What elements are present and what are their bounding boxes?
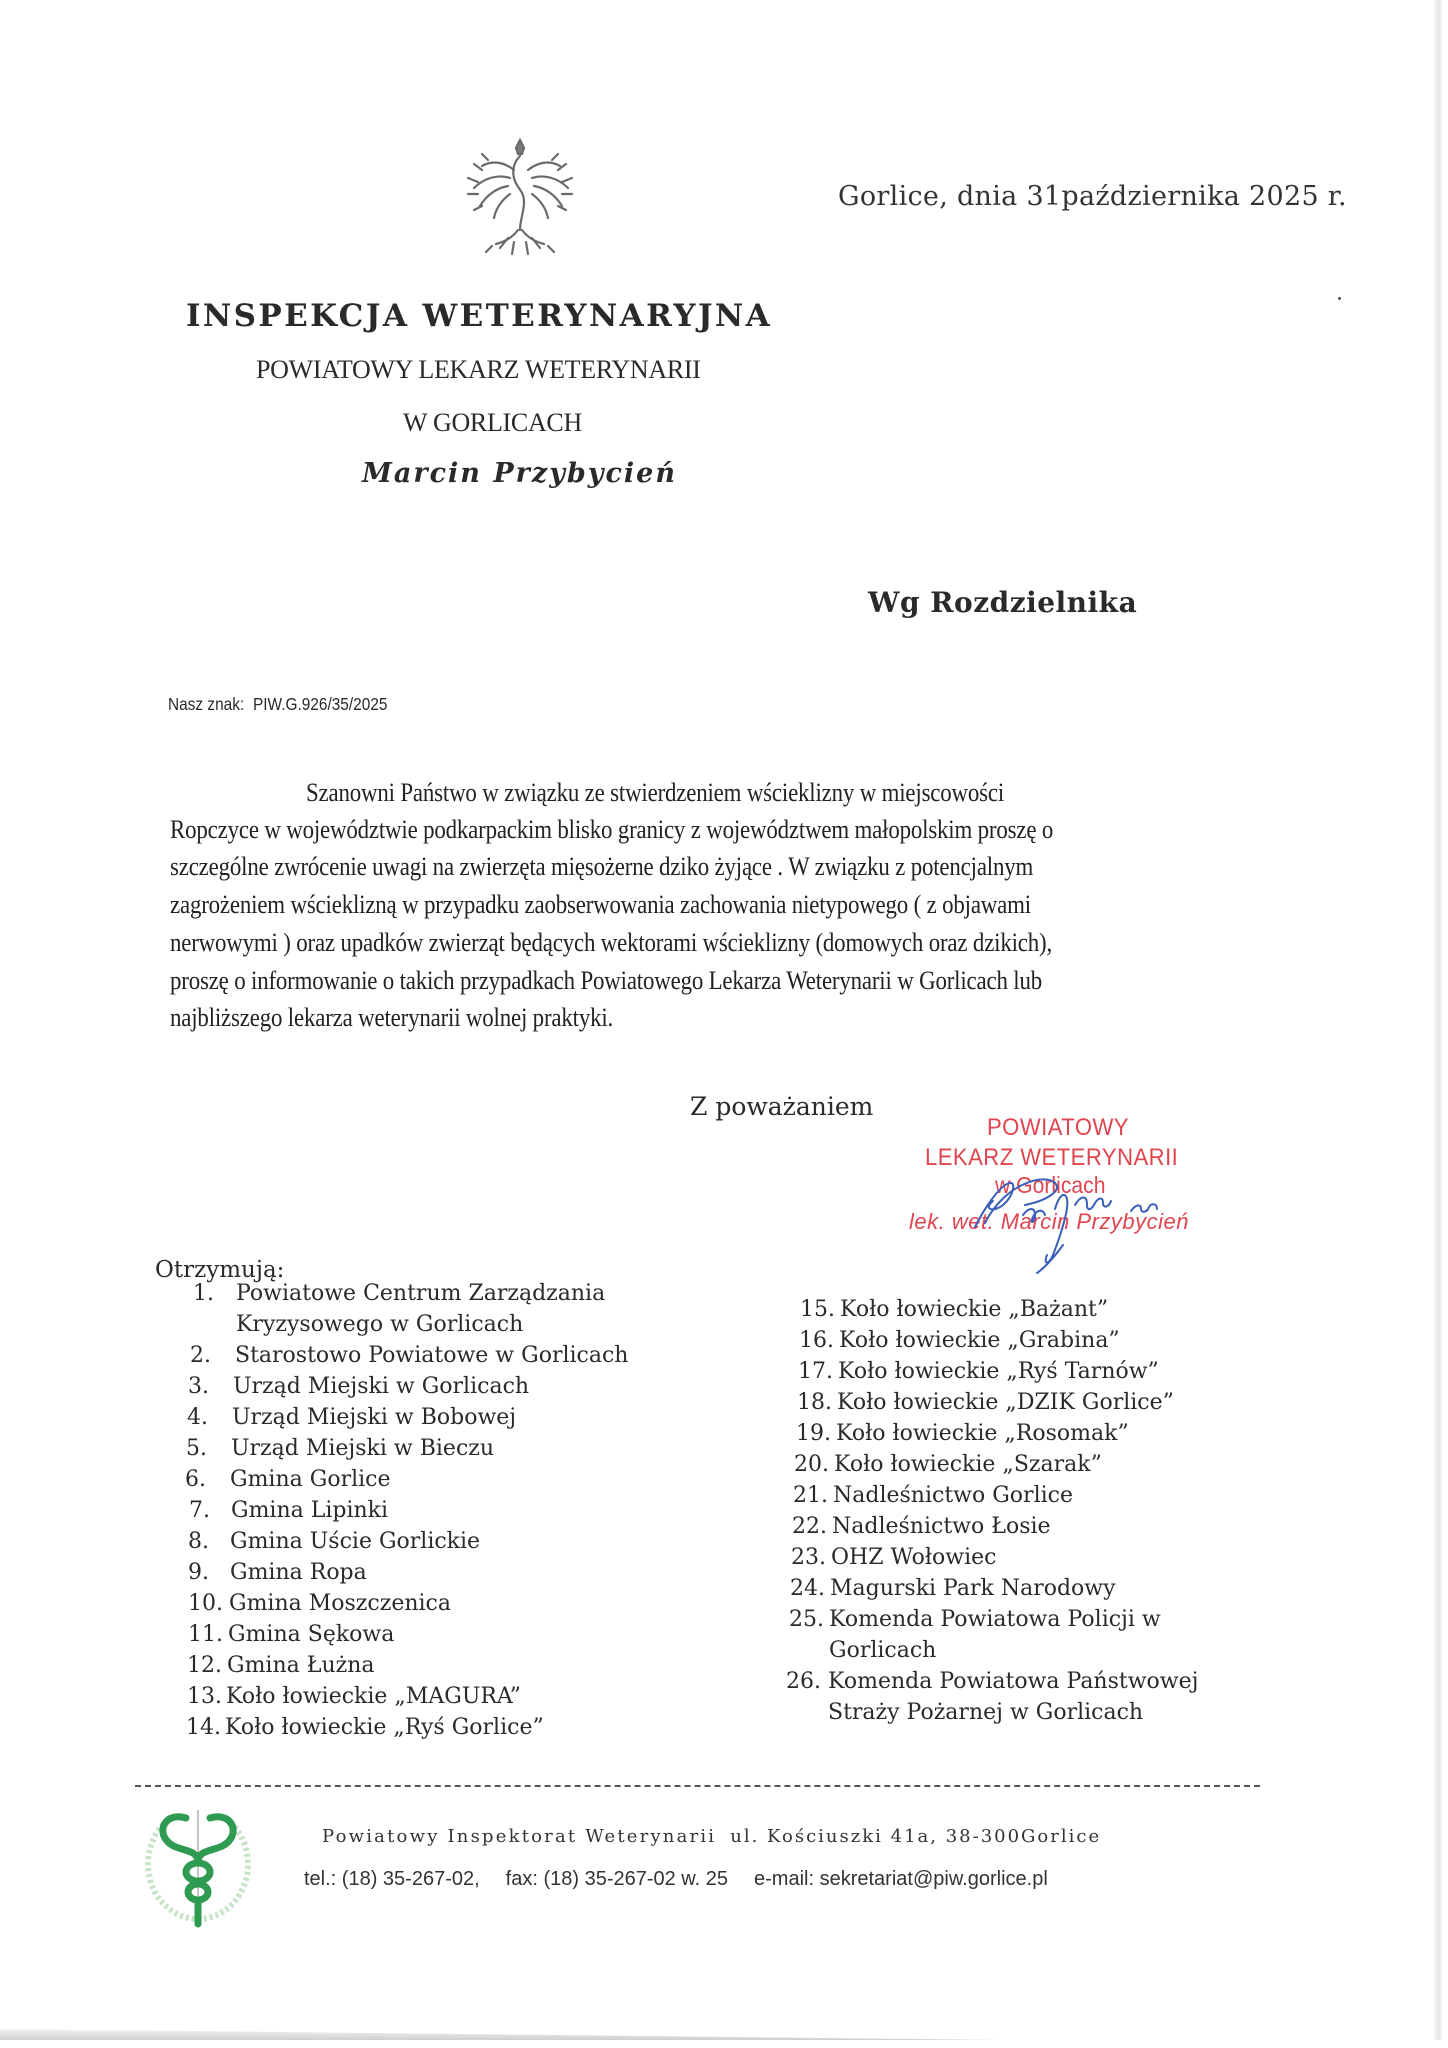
body-line: zagrożeniem wścieklizną w przypadku zaob… — [170, 890, 1031, 920]
scan-page-shadow — [0, 2026, 1000, 2040]
list-item: 22.Nadleśnictwo Łosie — [792, 1511, 1051, 1542]
list-item: 23.OHZ Wołowiec — [791, 1542, 996, 1573]
body-line: Szanowni Państwo w związku ze stwierdzen… — [306, 778, 1004, 808]
list-item: 21.Nadleśnictwo Gorlice — [793, 1480, 1073, 1511]
list-item: 5.Urząd Miejski w Bieczu — [186, 1433, 494, 1464]
footer-fax: fax: (18) 35-267-02 w. 25 — [506, 1868, 728, 1890]
scan-speck — [1338, 297, 1341, 300]
letter-date: Gorlice, dnia 31października 2025 r. — [838, 181, 1347, 212]
body-line: nerwowymi ) oraz upadków zwierząt będący… — [170, 928, 1052, 958]
list-item: 10.Gmina Moszczenica — [188, 1588, 451, 1619]
footer-phone: tel.: (18) 35-267-02, — [304, 1868, 480, 1890]
footer-institution-address: Powiatowy Inspektorat Weterynariiul. Koś… — [322, 1826, 1101, 1847]
body-line: szczególne zwrócenie uwagi na zwierzęta … — [170, 852, 1033, 882]
footer-institution: Powiatowy Inspektorat Weterynarii — [322, 1826, 716, 1847]
body-line: najbliższego lekarza weterynarii wolnej … — [170, 1003, 613, 1033]
reference-label: Nasz znak: — [168, 694, 244, 714]
footer-contact: tel.: (18) 35-267-02,fax: (18) 35-267-02… — [304, 1868, 1048, 1891]
stamp-line: POWIATOWY — [987, 1114, 1129, 1142]
list-item: 26.Komenda Powiatowa Państwowej Straży P… — [786, 1666, 1198, 1728]
list-item: 15.Koło łowieckie „Bażant” — [800, 1294, 1108, 1325]
organization-subtitle: POWIATOWY LEKARZ WETERYNARII — [256, 355, 701, 385]
closing-salutation: Z poważaniem — [690, 1092, 873, 1121]
body-line: Ropczyce w województwie podkarpackim bli… — [170, 815, 1053, 845]
list-item: 13.Koło łowieckie „MAGURA” — [187, 1681, 521, 1712]
list-item: 8.Gmina Uście Gorlickie — [188, 1526, 480, 1557]
list-item: 24.Magurski Park Narodowy — [790, 1573, 1116, 1604]
list-item: 19.Koło łowieckie „Rosomak” — [796, 1418, 1129, 1449]
organization-title: INSPEKCJA WETERYNARYJNA — [186, 298, 772, 334]
list-item: 11.Gmina Sękowa — [188, 1619, 394, 1650]
list-item: 14.Koło łowieckie „Ryś Gorlice” — [186, 1712, 544, 1743]
veterinary-caduceus-logo-icon — [138, 1800, 258, 1930]
list-item: 7.Gmina Lipinki — [189, 1495, 388, 1526]
list-item: 18.Koło łowieckie „DZIK Gorlice” — [797, 1387, 1174, 1418]
list-item: 25.Komenda Powiatowa Policji w Gorlicach — [789, 1604, 1161, 1666]
organization-head-name: Marcin Przybycień — [362, 458, 677, 489]
organization-location: W GORLICACH — [403, 408, 582, 438]
body-line: proszę o informowanie o takich przypadka… — [170, 966, 1042, 996]
list-item: 1.Powiatowe Centrum Zarządzania Kryzysow… — [193, 1278, 605, 1340]
reference-number: Nasz znak:PIW.G.926/35/2025 — [168, 694, 387, 715]
list-item: 2.Starostowo Powiatowe w Gorlicach — [190, 1340, 628, 1371]
list-item: 9.Gmina Ropa — [188, 1557, 367, 1588]
list-item: 4.Urząd Miejski w Bobowej — [187, 1402, 516, 1433]
scan-page-edge — [1434, 0, 1442, 2040]
list-item: 20.Koło łowieckie „Szarak” — [794, 1449, 1102, 1480]
list-item: 6.Gmina Gorlice — [185, 1464, 391, 1495]
handwritten-signature — [945, 1165, 1235, 1275]
polish-eagle-emblem-icon — [448, 130, 590, 268]
list-item: 17.Koło łowieckie „Ryś Tarnów” — [798, 1356, 1159, 1387]
addressee: Wg Rozdzielnika — [868, 586, 1137, 619]
list-item: 3.Urząd Miejski w Gorlicach — [188, 1371, 529, 1402]
footer-address: ul. Kościuszki 41a, 38-300Gorlice — [730, 1826, 1101, 1847]
list-item: 16.Koło łowieckie „Grabina” — [799, 1325, 1120, 1356]
footer-divider — [135, 1785, 1260, 1787]
reference-value: PIW.G.926/35/2025 — [253, 694, 387, 714]
footer-email[interactable]: e-mail: sekretariat@piw.gorlice.pl — [754, 1868, 1048, 1890]
list-item: 12.Gmina Łużna — [187, 1650, 375, 1681]
